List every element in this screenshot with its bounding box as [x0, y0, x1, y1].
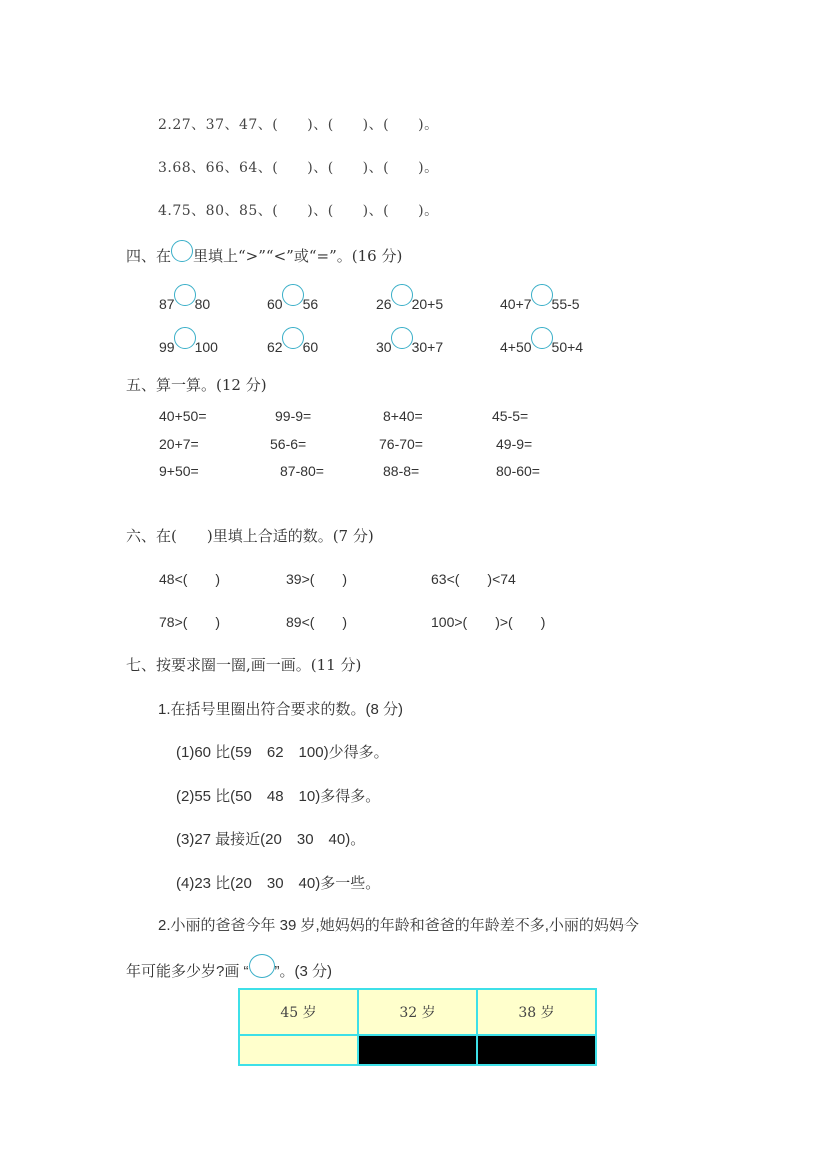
answer-circle[interactable] [282, 284, 304, 306]
compare-left: 30 [376, 339, 392, 355]
compare-right: 55-5 [552, 296, 580, 312]
compare-left: 40+7 [500, 296, 532, 312]
q2-text-line2: 年可能多少岁?画 “”。(3 分) [126, 960, 332, 984]
fill-item: 48<( ) [159, 569, 220, 589]
fill-item: 89<( ) [286, 612, 347, 632]
calc-item: 99-9= [275, 408, 311, 424]
fill-item: 63<( )<74 [431, 569, 516, 589]
answer-circle[interactable] [391, 327, 413, 349]
calc-item: 80-60= [496, 463, 540, 479]
fill-item: 100>( )>( ) [431, 612, 545, 632]
calc-item: 88-8= [383, 463, 419, 479]
calc-item: 9+50= [159, 463, 199, 479]
calc-item: 87-80= [280, 463, 324, 479]
section6-title: 六、在( )里填上合适的数。(7 分) [126, 525, 374, 546]
age-options-table: 45 岁 32 岁 38 岁 [238, 988, 597, 1066]
q1-item-3: (3)27 最接近(20 30 40)。 [176, 828, 365, 849]
q1-item-1: (1)60 比(59 62 100)少得多。 [176, 741, 389, 762]
compare-right: 30+7 [412, 339, 444, 355]
sequence-item-2: 2.27、37、47、( )、( )、( )。 [158, 114, 439, 134]
calc-item: 49-9= [496, 436, 532, 452]
q2-prefix: 年可能多少岁?画 “ [126, 963, 249, 980]
circle-icon [171, 240, 193, 262]
age-option-38[interactable]: 38 岁 [477, 989, 596, 1035]
age-option-32[interactable]: 32 岁 [358, 989, 477, 1035]
compare-item: 4+5050+4 [500, 333, 583, 355]
q2-suffix: ”。(3 分) [275, 963, 333, 980]
compare-left: 4+50 [500, 339, 532, 355]
calc-item: 40+50= [159, 408, 207, 424]
answer-circle[interactable] [282, 327, 304, 349]
section5-title: 五、算一算。(12 分) [126, 374, 267, 395]
answer-circle[interactable] [531, 284, 553, 306]
compare-left: 87 [159, 296, 175, 312]
compare-right: 20+5 [412, 296, 444, 312]
compare-left: 99 [159, 339, 175, 355]
answer-circle[interactable] [174, 327, 196, 349]
answer-circle[interactable] [391, 284, 413, 306]
answer-circle[interactable] [531, 327, 553, 349]
calc-item: 20+7= [159, 436, 199, 452]
calc-item: 8+40= [383, 408, 423, 424]
section4-title-prefix: 四、在 [126, 247, 171, 265]
fill-item: 39>( ) [286, 569, 347, 589]
compare-item: 6056 [267, 290, 318, 312]
sequence-item-3: 3.68、66、64、( )、( )、( )。 [158, 157, 439, 177]
compare-item: 2620+5 [376, 290, 443, 312]
compare-right: 80 [195, 296, 211, 312]
q1-title: 1.在括号里圈出符合要求的数。(8 分) [158, 698, 403, 719]
answer-cell-38 [477, 1035, 596, 1065]
q2-text-line1: 2.小丽的爸爸今年 39 岁,她妈妈的年龄和爸爸的年龄差不多,小丽的妈妈今 [158, 914, 639, 935]
section4-title-suffix: 里填上“>”“<”或“=”。(16 分) [193, 247, 402, 265]
sequence-item-4: 4.75、80、85、( )、( )、( )。 [158, 200, 439, 220]
q1-item-4: (4)23 比(20 30 40)多一些。 [176, 872, 380, 893]
compare-item: 6260 [267, 333, 318, 355]
fill-item: 78>( ) [159, 612, 220, 632]
compare-right: 56 [303, 296, 319, 312]
circle-icon [249, 954, 275, 978]
compare-left: 60 [267, 296, 283, 312]
calc-item: 76-70= [379, 436, 423, 452]
compare-left: 62 [267, 339, 283, 355]
section4-title: 四、在里填上“>”“<”或“=”。(16 分) [126, 245, 402, 268]
answer-cell-32 [358, 1035, 477, 1065]
compare-left: 26 [376, 296, 392, 312]
calc-item: 56-6= [270, 436, 306, 452]
answer-circle[interactable] [174, 284, 196, 306]
compare-item: 8780 [159, 290, 210, 312]
compare-right: 60 [303, 339, 319, 355]
answer-cell-45[interactable] [239, 1035, 358, 1065]
age-option-45[interactable]: 45 岁 [239, 989, 358, 1035]
compare-right: 50+4 [552, 339, 584, 355]
compare-right: 100 [195, 339, 218, 355]
compare-item: 3030+7 [376, 333, 443, 355]
section7-title: 七、按要求圈一圈,画一画。(11 分) [126, 654, 361, 675]
q1-item-2: (2)55 比(50 48 10)多得多。 [176, 785, 380, 806]
compare-item: 99100 [159, 333, 218, 355]
calc-item: 45-5= [492, 408, 528, 424]
compare-item: 40+755-5 [500, 290, 580, 312]
